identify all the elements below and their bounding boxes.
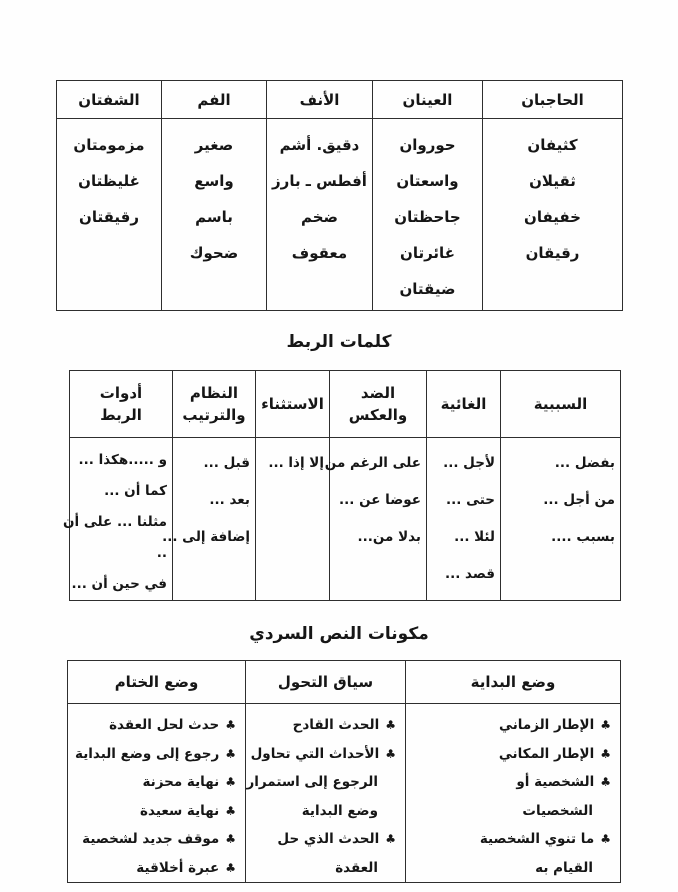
club-bullet-icon: ♣ [225, 832, 236, 846]
cell-text: كما أن ... [70, 476, 172, 507]
column-header-opposite: الضد والعكس [330, 371, 427, 438]
cell-text: ضيقتان [373, 271, 482, 307]
connectors-cell: و .....هكذا ... كما أن ... مثلنا ... على… [70, 438, 173, 601]
linking-words-table: السببية الغائية الضد والعكس الاستثناء ال… [69, 370, 621, 601]
list-item-text: القيام به [535, 860, 593, 876]
mouth-cell: صغير واسع باسم ضحوك [162, 119, 267, 311]
list-item-text: الشخصيات [522, 803, 593, 819]
cell-text: بفضل ... [501, 445, 620, 482]
column-header-connectors: أدوات الربط [70, 371, 173, 438]
cell-text: غليظتان [57, 163, 161, 199]
opposite-cell: على الرغم من عوضا عن ... بدلا من... [330, 438, 427, 601]
list-item-continuation: وضع البداية [246, 797, 405, 826]
list-item: ♣حدث لحل العقدة [68, 711, 245, 740]
section-title-linking-words: كلمات الربط [0, 330, 678, 354]
list-item: ♣موقف جديد لشخصية [68, 825, 245, 854]
list-item-continuation: العقدة [246, 854, 405, 883]
cell-text: أفطس ـ بارز [267, 163, 372, 199]
list-item-text: الإطار الزماني [499, 717, 594, 733]
list-item-text: العقدة [335, 860, 378, 876]
club-bullet-icon: ♣ [385, 832, 396, 846]
lips-cell: مزمومتان غليظتان رقيقتان [57, 119, 162, 311]
column-header-purpose: الغائية [427, 371, 501, 438]
club-bullet-icon: ♣ [600, 775, 611, 789]
list-item-text: نهاية سعيدة [140, 803, 219, 819]
cell-text: ضحوك [162, 235, 266, 271]
club-bullet-icon: ♣ [225, 804, 236, 818]
list-item-text: حدث لحل العقدة [109, 717, 219, 733]
cell-text: لئلا ... [427, 519, 500, 556]
linking-body-row: بفضل ... من أجل ... بسبب .... لأجل ... ح… [70, 438, 621, 601]
cell-text: و .....هكذا ... [70, 445, 172, 476]
cell-text: قصد ... [427, 556, 500, 593]
list-item-continuation: الشخصيات [406, 797, 620, 826]
cell-text: دقيق. أشم [267, 127, 372, 163]
club-bullet-icon: ♣ [225, 861, 236, 875]
list-item: ♣نهاية محزنة [68, 768, 245, 797]
cell-text: معقوف [267, 235, 372, 271]
list-item: ♣الشخصية أو [406, 768, 620, 797]
cell-text: بسبب .... [501, 519, 620, 556]
club-bullet-icon: ♣ [600, 718, 611, 732]
list-item-text: رجوع إلى وضع البداية [75, 746, 219, 762]
column-header-closing-situation: وضع الختام [68, 661, 246, 704]
nose-cell: دقيق. أشم أفطس ـ بارز ضخم معقوف [267, 119, 373, 311]
club-bullet-icon: ♣ [385, 718, 396, 732]
cell-text: واسعتان [373, 163, 482, 199]
list-item-text: الشخصية أو [516, 774, 594, 790]
cell-text: حوروان [373, 127, 482, 163]
column-header-exception: الاستثناء [256, 371, 330, 438]
club-bullet-icon: ♣ [600, 832, 611, 846]
cell-text: واسع [162, 163, 266, 199]
cell-text: من أجل ... [501, 482, 620, 519]
list-item: ♣الإطار الزماني [406, 711, 620, 740]
cell-text: قبل ... [173, 445, 255, 482]
list-item-text: نهاية محزنة [142, 774, 219, 790]
list-item-text: ما تنوي الشخصية [480, 831, 594, 847]
transformation-context-cell: ♣الحدث القادح ♣الأحداث التي تحاول الرجوع… [246, 704, 406, 883]
cell-text: رقيقان [483, 235, 622, 271]
narrative-body-row: ♣الإطار الزماني ♣الإطار المكاني ♣الشخصية… [68, 704, 621, 883]
order-cell: قبل ... بعد ... إضافة إلى ... [173, 438, 256, 601]
narrative-components-table: وضع البداية سياق التحول وضع الختام ♣الإط… [67, 660, 621, 883]
section-title-narrative-components: مكونات النص السردي [0, 622, 678, 646]
column-header-opening-situation: وضع البداية [406, 661, 621, 704]
cell-text: إلا إذا ... [256, 445, 329, 482]
cell-text: جاحظتان [373, 199, 482, 235]
column-header-eyebrows: الحاجبان [483, 81, 623, 119]
facial-features-table: الحاجبان العينان الأنف الفم الشفتان كثيف… [56, 80, 623, 311]
list-item-continuation: القيام به [406, 854, 620, 883]
cell-text: عوضا عن ... [330, 482, 426, 519]
document-page: الحاجبان العينان الأنف الفم الشفتان كثيف… [0, 0, 678, 892]
column-header-mouth: الفم [162, 81, 267, 119]
list-item-text: الحدث القادح [293, 717, 380, 733]
club-bullet-icon: ♣ [600, 747, 611, 761]
list-item-text: عبرة أخلاقية [136, 860, 219, 876]
cell-text: لأجل ... [427, 445, 500, 482]
column-header-causality: السببية [501, 371, 621, 438]
eyes-cell: حوروان واسعتان جاحظتان غائرتان ضيقتان [373, 119, 483, 311]
list-item: ♣نهاية سعيدة [68, 797, 245, 826]
cell-text: مزمومتان [57, 127, 161, 163]
exception-cell: إلا إذا ... [256, 438, 330, 601]
cell-text: باسم [162, 199, 266, 235]
list-item-text: الإطار المكاني [499, 746, 594, 762]
list-item: ♣عبرة أخلاقية [68, 854, 245, 883]
list-item-continuation: الرجوع إلى استمرار [246, 768, 405, 797]
cell-text: ثقيلان [483, 163, 622, 199]
cell-text: بعد ... [173, 482, 255, 519]
list-item: ♣الحدث الذي حل [246, 825, 405, 854]
club-bullet-icon: ♣ [225, 718, 236, 732]
cell-text: على الرغم من [330, 445, 426, 482]
list-item-text: الرجوع إلى استمرار [246, 774, 378, 790]
facial-header-row: الحاجبان العينان الأنف الفم الشفتان [57, 81, 623, 119]
cell-text: رقيقتان [57, 199, 161, 235]
cell-text: .. [70, 538, 172, 569]
cell-text: ضخم [267, 199, 372, 235]
column-header-eyes: العينان [373, 81, 483, 119]
narrative-header-row: وضع البداية سياق التحول وضع الختام [68, 661, 621, 704]
linking-header-row: السببية الغائية الضد والعكس الاستثناء ال… [70, 371, 621, 438]
column-header-transformation-context: سياق التحول [246, 661, 406, 704]
cell-text: كثيفان [483, 127, 622, 163]
eyebrows-cell: كثيفان ثقيلان خفيفان رقيقان [483, 119, 623, 311]
column-header-nose: الأنف [267, 81, 373, 119]
list-item: ♣الأحداث التي تحاول [246, 740, 405, 769]
cell-text: غائرتان [373, 235, 482, 271]
cell-text: خفيفان [483, 199, 622, 235]
closing-situation-cell: ♣حدث لحل العقدة ♣رجوع إلى وضع البداية ♣ن… [68, 704, 246, 883]
list-item-text: الحدث الذي حل [277, 831, 379, 847]
club-bullet-icon: ♣ [225, 747, 236, 761]
cell-text: بدلا من... [330, 519, 426, 556]
causality-cell: بفضل ... من أجل ... بسبب .... [501, 438, 621, 601]
list-item: ♣ما تنوي الشخصية [406, 825, 620, 854]
column-header-order: النظام والترتيب [173, 371, 256, 438]
purpose-cell: لأجل ... حتى ... لئلا ... قصد ... [427, 438, 501, 601]
cell-text: في حين أن ... [70, 569, 172, 600]
opening-situation-cell: ♣الإطار الزماني ♣الإطار المكاني ♣الشخصية… [406, 704, 621, 883]
list-item: ♣الإطار المكاني [406, 740, 620, 769]
cell-text: مثلنا ... على أن [70, 507, 172, 538]
club-bullet-icon: ♣ [225, 775, 236, 789]
list-item-text: الأحداث التي تحاول [251, 746, 380, 762]
cell-text: صغير [162, 127, 266, 163]
club-bullet-icon: ♣ [385, 747, 396, 761]
facial-body-row: كثيفان ثقيلان خفيفان رقيقان حوروان واسعت… [57, 119, 623, 311]
column-header-lips: الشفتان [57, 81, 162, 119]
list-item-text: موقف جديد لشخصية [82, 831, 219, 847]
cell-text: إضافة إلى ... [173, 519, 255, 556]
list-item: ♣الحدث القادح [246, 711, 405, 740]
list-item-text: وضع البداية [302, 803, 378, 819]
list-item: ♣رجوع إلى وضع البداية [68, 740, 245, 769]
cell-text: حتى ... [427, 482, 500, 519]
